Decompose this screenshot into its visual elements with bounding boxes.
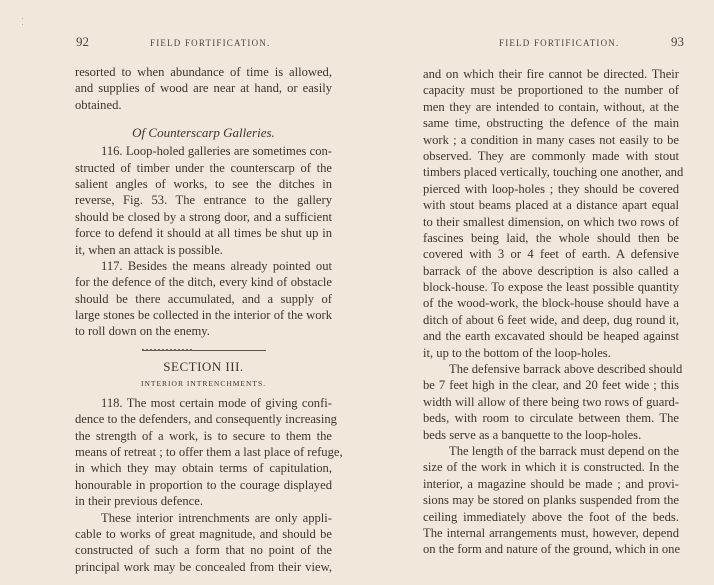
page-number: 93 (671, 34, 684, 50)
text-line: work ; a condition in many cases not eas… (423, 132, 679, 148)
page-body: resorted to when abundance of time is al… (75, 64, 332, 575)
text-line: constructed of such a form that no point… (75, 542, 332, 558)
text-line: means of retreat ; to offer them a last … (75, 444, 332, 460)
text-line: size of the work in which it is construc… (423, 459, 679, 475)
text-line: to roll down on the enemy. (75, 323, 332, 339)
text-line: for the defence of the ditch, every kind… (75, 274, 332, 290)
text-line: men they are intended to contain, withou… (423, 99, 679, 115)
text-line: The length of the barrack must depend on… (423, 443, 679, 459)
section-divider-rule (142, 350, 266, 351)
running-head: FIELD FORTIFICATION. (499, 38, 619, 48)
paragraph-117: 117. Besides the means already pointed o… (75, 258, 332, 340)
text-line: sions may be stored on planks suspended … (423, 492, 679, 508)
paragraph-barrack: The defensive barrack above described sh… (423, 361, 679, 443)
text-line: observed. They are commonly made with st… (423, 148, 679, 164)
text-line: capacity must be proportioned to the num… (423, 82, 679, 98)
text-line: structed of timber under the counterscar… (75, 160, 332, 176)
text-line: be 7 feet high in the clear, and 20 feet… (423, 377, 679, 393)
paragraph-interior-intrenchments: These interior intrenchments are only ap… (75, 510, 332, 576)
text-line: 118. The most certain mode of giving con… (75, 395, 332, 411)
text-line: reverse, Fig. 53. The entrance to the ga… (75, 192, 332, 208)
text-line: The internal arrangements must, however,… (423, 525, 679, 541)
paragraph-length: The length of the barrack must depend on… (423, 443, 679, 558)
text-line: should be closed by a strong door, and a… (75, 209, 332, 225)
text-line: with stout beams placed at a distance ap… (423, 197, 679, 213)
text-line: timbers placed vertically, touching one … (423, 164, 679, 180)
text-line: ceiling immediately above the foot of th… (423, 509, 679, 525)
text-line: resorted to when abundance of time is al… (75, 64, 332, 80)
left-page: 92 FIELD FORTIFICATION. resorted to when… (0, 0, 357, 585)
text-line: large stones be collected in the interio… (75, 307, 332, 323)
text-line: barrack of the above description is also… (423, 263, 679, 279)
section-subtitle: INTERIOR INTRENCHMENTS. (75, 377, 332, 393)
text-line: block-house. To expose the least possibl… (423, 279, 679, 295)
text-line: width will allow of there being two rows… (423, 394, 679, 410)
text-line: should be there accumulated, and a suppl… (75, 291, 332, 307)
running-head: FIELD FORTIFICATION. (150, 38, 270, 48)
text-line: and supplies of wood are near at hand, o… (75, 80, 332, 96)
text-line: fascines being laid, the whole should th… (423, 230, 679, 246)
text-line: force to defend it should at all times b… (75, 225, 332, 241)
paragraph-118: 118. The most certain mode of giving con… (75, 395, 332, 510)
text-line: dence to the defenders, and consequently… (75, 411, 332, 427)
text-line: it, up to the bottom of the loop-holes. (423, 345, 679, 361)
text-line: beds, with room to circulate between the… (423, 410, 679, 426)
text-line: These interior intrenchments are only ap… (75, 510, 332, 526)
paragraph-continued: and on which their fire cannot be direct… (423, 66, 679, 361)
text-line: ditch of about 6 feet wide, and deep, du… (423, 312, 679, 328)
section-title: SECTION III. (75, 357, 332, 377)
text-line: the strength of a work, is to secure to … (75, 428, 332, 444)
text-line: cable to works of great magnitude, and s… (75, 526, 332, 542)
text-line: obtained. (75, 97, 332, 113)
text-line: covered with 3 or 4 feet of earth. A def… (423, 246, 679, 262)
text-line: pierced with loop-holes ; they should be… (423, 181, 679, 197)
text-line: to their smallest dimension, on which tw… (423, 214, 679, 230)
text-line: and the earth excavated should be heaped… (423, 328, 679, 344)
text-line: interior, a magazine should be made ; an… (423, 476, 679, 492)
right-page: FIELD FORTIFICATION. 93 and on which the… (357, 0, 714, 585)
paper-speck (134, 568, 135, 569)
text-line: same time, obstructing the defence of th… (423, 115, 679, 131)
page-body: and on which their fire cannot be direct… (423, 66, 679, 558)
text-line: of the wood-work, the block-house should… (423, 295, 679, 311)
text-line: salient angles of works, to see the ditc… (75, 176, 332, 192)
paragraph-continued: resorted to when abundance of time is al… (75, 64, 332, 113)
text-line: 116. Loop-holed galleries are sometimes … (75, 143, 332, 159)
text-line: it, when an attack is possible. (75, 242, 332, 258)
text-line: on the form and nature of the ground, wh… (423, 541, 679, 557)
paper-speck (22, 24, 23, 25)
text-line: in their previous defence. (75, 493, 332, 509)
text-line: in which they may obtain terms of capitu… (75, 460, 332, 476)
text-line: beds serve as a banquette to the loop-ho… (423, 427, 679, 443)
text-line: honourable in proportion to the courage … (75, 477, 332, 493)
subheading: Of Counterscarp Galleries. (75, 123, 332, 143)
text-line: 117. Besides the means already pointed o… (75, 258, 332, 274)
text-line: The defensive barrack above described sh… (423, 361, 679, 377)
text-line: principal work may be concealed from the… (75, 559, 332, 575)
text-line: and on which their fire cannot be direct… (423, 66, 679, 82)
paper-speck (22, 18, 23, 19)
page-number: 92 (76, 34, 89, 50)
paragraph-116: 116. Loop-holed galleries are sometimes … (75, 143, 332, 258)
